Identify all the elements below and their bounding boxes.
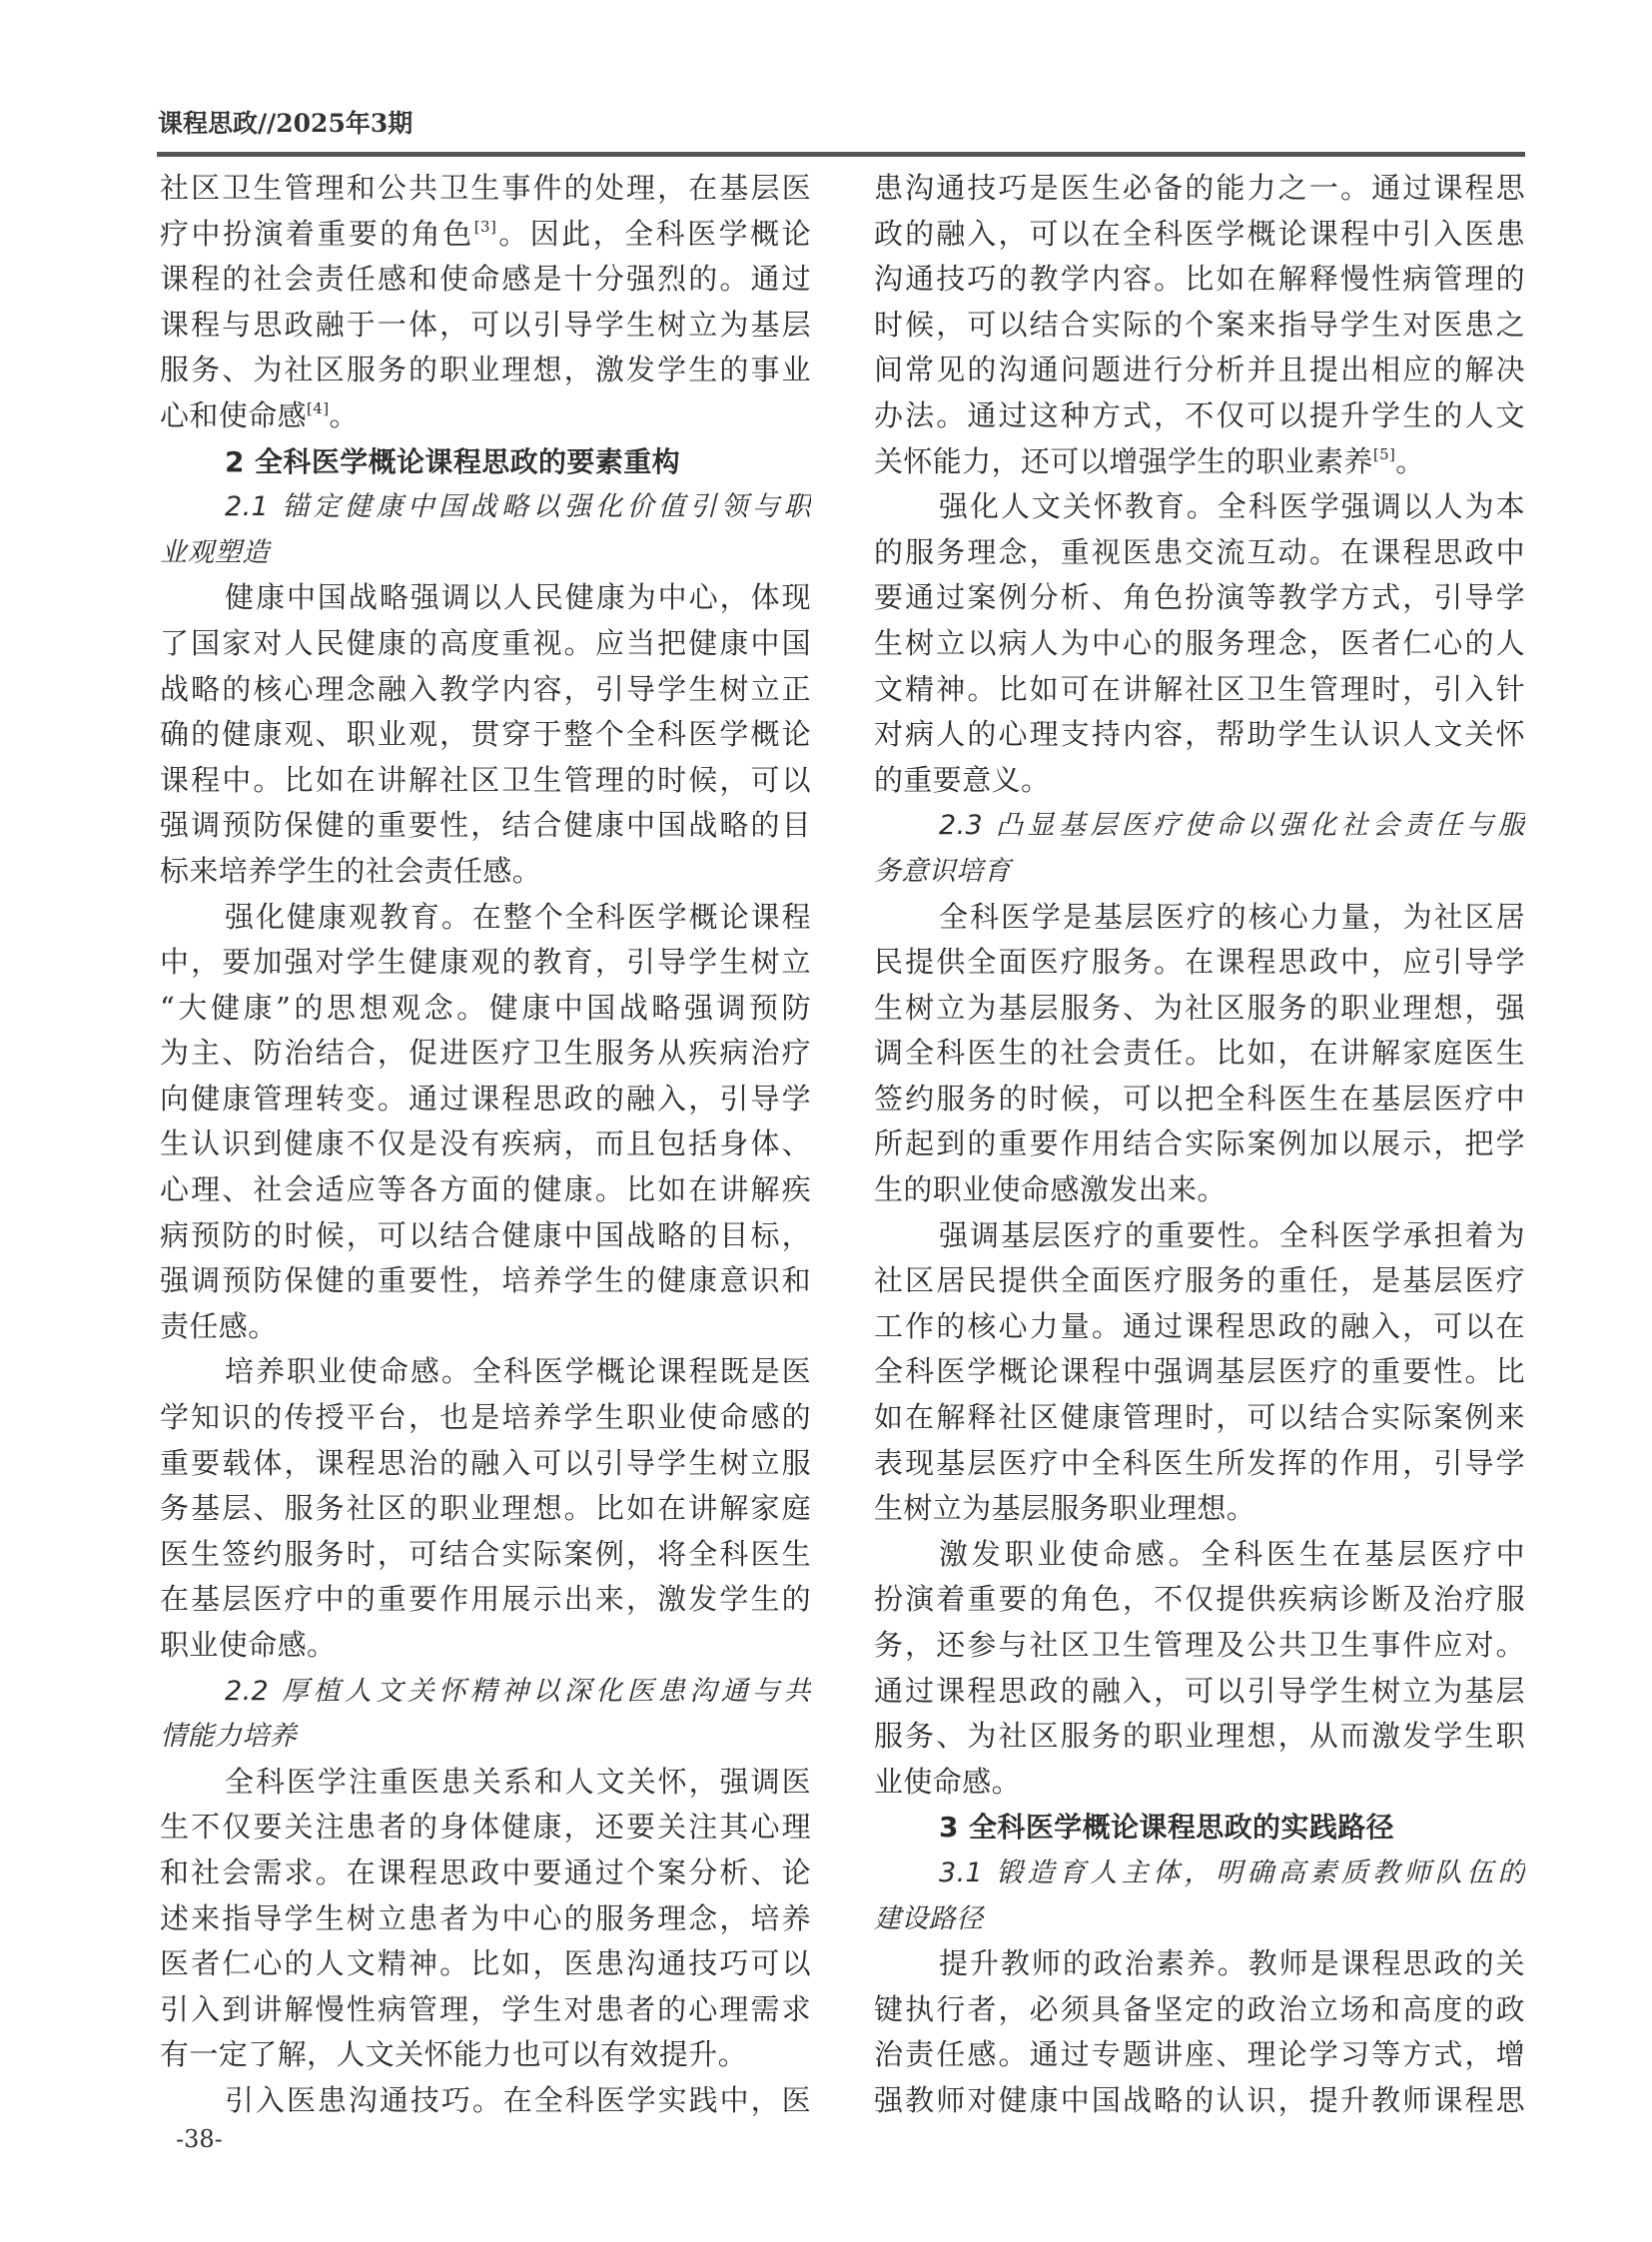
text-line: 引入到讲解慢性病管理，学生对患者的心理需求: [160, 1987, 811, 2033]
citation-ref: [3]: [474, 218, 496, 236]
text-line: 务，还参与社区卫生管理及公共卫生事件应对。: [874, 1623, 1525, 1669]
subsection-heading: 2.1 锚定健康中国战略以强化价值引领与职: [160, 484, 811, 530]
text-line: 培养职业使命感。全科医学概论课程既是医: [160, 1349, 811, 1395]
text-line: 标来培养学生的社会责任感。: [160, 849, 811, 895]
text-line: 为主、防治结合，促进医疗卫生服务从疾病治疗: [160, 1031, 811, 1077]
text-line: 的服务理念，重视医患交流互动。在课程思政中: [874, 530, 1525, 576]
subsection-heading: 情能力培养: [160, 1714, 811, 1760]
citation-ref: [4]: [307, 399, 329, 417]
text-line: 如在解释社区健康管理时，可以结合实际案例来: [874, 1395, 1525, 1441]
text-line: 和社会需求。在课程思政中要通过个案分析、论: [160, 1851, 811, 1896]
text-line: 全科医学注重医患关系和人文关怀，强调医: [160, 1760, 811, 1806]
text-line: 课程与思政融于一体，可以引导学生树立为基层: [160, 303, 811, 349]
text-line: 强调预防保健的重要性，培养学生的健康意识和: [160, 1258, 811, 1304]
text-line: 要通过案例分析、角色扮演等教学方式，引导学: [874, 575, 1525, 621]
text-line: 所起到的重要作用结合实际案例加以展示，把学: [874, 1121, 1525, 1167]
text-line: 社区卫生管理和公共卫生事件的处理，在基层医: [160, 166, 811, 212]
text-line: 强调预防保健的重要性，结合健康中国战略的目: [160, 803, 811, 849]
text-line: 服务、为社区服务的职业理想，从而激发学生职: [874, 1714, 1525, 1760]
text-line: 工作的核心力量。通过课程思政的融入，可以在: [874, 1304, 1525, 1350]
text-line: 引入医患沟通技巧。在全科医学实践中，医: [160, 2078, 811, 2124]
text-line: 扮演着重要的角色，不仅提供疾病诊断及治疗服: [874, 1577, 1525, 1623]
text-line: 生认识到健康不仅是没有疾病，而且包括身体、: [160, 1121, 811, 1167]
text-line: 患沟通技巧是医生必备的能力之一。通过课程思: [874, 166, 1525, 212]
text-line: 民提供全面医疗服务。在课程思政中，应引导学: [874, 940, 1525, 986]
subsection-heading: 2.2 厚植人文关怀精神以深化医患沟通与共: [160, 1669, 811, 1715]
text-line: 对病人的心理支持内容，帮助学生认识人文关怀: [874, 712, 1525, 758]
text-line: 服务、为社区服务的职业理想，激发学生的事业: [160, 348, 811, 393]
text-line: 关怀能力，还可以增强学生的职业素养[5]。: [874, 439, 1525, 485]
text-line: 在基层医疗中的重要作用展示出来，激发学生的: [160, 1577, 811, 1623]
text-line: 疗中扮演着重要的角色[3]。因此，全科医学概论: [160, 212, 811, 258]
text-line: 心理、社会适应等各方面的健康。比如在讲解疾: [160, 1167, 811, 1213]
text-line: 全科医学概论课程中强调基层医疗的重要性。比: [874, 1349, 1525, 1395]
left-column: 社区卫生管理和公共卫生事件的处理，在基层医疗中扮演着重要的角色[3]。因此，全科…: [160, 166, 811, 2124]
text-line: 生树立为基层服务职业理想。: [874, 1486, 1525, 1532]
text-line: 战略的核心理念融入教学内容，引导学生树立正: [160, 667, 811, 713]
text-line: 的重要意义。: [874, 758, 1525, 804]
text-line: 全科医学是基层医疗的核心力量，为社区居: [874, 895, 1525, 941]
text-line: 学知识的传授平台，也是培养学生职业使命感的: [160, 1395, 811, 1441]
text-line: 生的职业使命感激发出来。: [874, 1167, 1525, 1213]
text-line: 病预防的时候，可以结合健康中国战略的目标，: [160, 1213, 811, 1259]
text-line: 医者仁心的人文精神。比如，医患沟通技巧可以: [160, 1941, 811, 1987]
text-line: 键执行者，必须具备坚定的政治立场和高度的政: [874, 1987, 1525, 2033]
text-line: 责任感。: [160, 1304, 811, 1350]
running-head: 课程思政//2025年3期: [158, 104, 413, 140]
text-line: 职业使命感。: [160, 1623, 811, 1669]
text-line: 通过课程思政的融入，可以引导学生树立为基层: [874, 1669, 1525, 1715]
text-line: 沟通技巧的教学内容。比如在解释慢性病管理的: [874, 257, 1525, 303]
header-rule: [157, 152, 1525, 157]
text-line: 签约服务的时候，可以把全科医生在基层医疗中: [874, 1077, 1525, 1122]
text-line: 激发职业使命感。全科医生在基层医疗中: [874, 1532, 1525, 1578]
text-line: 务基层、服务社区的职业理想。比如在讲解家庭: [160, 1486, 811, 1532]
text-line: 医生签约服务时，可结合实际案例，将全科医生: [160, 1532, 811, 1578]
text-line: 间常见的沟通问题进行分析并且提出相应的解决: [874, 348, 1525, 393]
section-heading: 2 全科医学概论课程思政的要素重构: [160, 439, 811, 485]
text-line: 健康中国战略强调以人民健康为中心，体现: [160, 575, 811, 621]
text-line: 政的融入，可以在全科医学概论课程中引入医患: [874, 212, 1525, 258]
text-line: 时候，可以结合实际的个案来指导学生对医患之: [874, 303, 1525, 349]
text-line: 了国家对人民健康的高度重视。应当把健康中国: [160, 621, 811, 667]
subsection-heading: 2.3 凸显基层医疗使命以强化社会责任与服: [874, 803, 1525, 849]
text-line: 提升教师的政治素养。教师是课程思政的关: [874, 1941, 1525, 1987]
text-line: 述来指导学生树立患者为中心的服务理念，培养: [160, 1896, 811, 1942]
text-line: 调全科医生的社会责任。比如，在讲解家庭医生: [874, 1031, 1525, 1077]
right-column: 患沟通技巧是医生必备的能力之一。通过课程思政的融入，可以在全科医学概论课程中引入…: [874, 166, 1525, 2124]
text-line: 强化人文关怀教育。全科医学强调以人为本: [874, 484, 1525, 530]
text-line: 中，要加强对学生健康观的教育，引导学生树立: [160, 940, 811, 986]
text-line: 强化健康观教育。在整个全科医学概论课程: [160, 895, 811, 941]
text-line: 办法。通过这种方式，不仅可以提升学生的人文: [874, 393, 1525, 439]
text-line: 治责任感。通过专题讲座、理论学习等方式，增: [874, 2032, 1525, 2078]
text-line: 强调基层医疗的重要性。全科医学承担着为: [874, 1213, 1525, 1259]
text-line: 表现基层医疗中全科医生所发挥的作用，引导学: [874, 1441, 1525, 1487]
text-line: 向健康管理转变。通过课程思政的融入，引导学: [160, 1077, 811, 1122]
text-line: 确的健康观、职业观，贯穿于整个全科医学概论: [160, 712, 811, 758]
text-line: 生不仅要关注患者的身体健康，还要关注其心理: [160, 1805, 811, 1851]
text-line: 文精神。比如可在讲解社区卫生管理时，引入针: [874, 667, 1525, 713]
text-line: 生树立为基层服务、为社区服务的职业理想，强: [874, 986, 1525, 1032]
text-line: 强教师对健康中国战略的认识，提升教师课程思: [874, 2078, 1525, 2124]
text-line: 心和使命感[4]。: [160, 393, 811, 439]
text-line: 生树立以病人为中心的服务理念，医者仁心的人: [874, 621, 1525, 667]
text-line: 有一定了解，人文关怀能力也可以有效提升。: [160, 2032, 811, 2078]
subsection-heading: 务意识培育: [874, 849, 1525, 895]
subsection-heading: 建设路径: [874, 1896, 1525, 1942]
text-line: 社区居民提供全面医疗服务的重任，是基层医疗: [874, 1258, 1525, 1304]
text-line: 课程中。比如在讲解社区卫生管理的时候，可以: [160, 758, 811, 804]
text-line: 业使命感。: [874, 1760, 1525, 1806]
section-heading: 3 全科医学概论课程思政的实践路径: [874, 1805, 1525, 1851]
citation-ref: [5]: [1373, 445, 1395, 463]
text-line: “大健康”的思想观念。健康中国战略强调预防: [160, 986, 811, 1032]
page-number: -38-: [176, 2125, 223, 2153]
text-line: 重要载体，课程思治的融入可以引导学生树立服: [160, 1441, 811, 1487]
subsection-heading: 3.1 锻造育人主体，明确高素质教师队伍的: [874, 1851, 1525, 1896]
text-line: 课程的社会责任感和使命感是十分强烈的。通过: [160, 257, 811, 303]
subsection-heading: 业观塑造: [160, 530, 811, 576]
